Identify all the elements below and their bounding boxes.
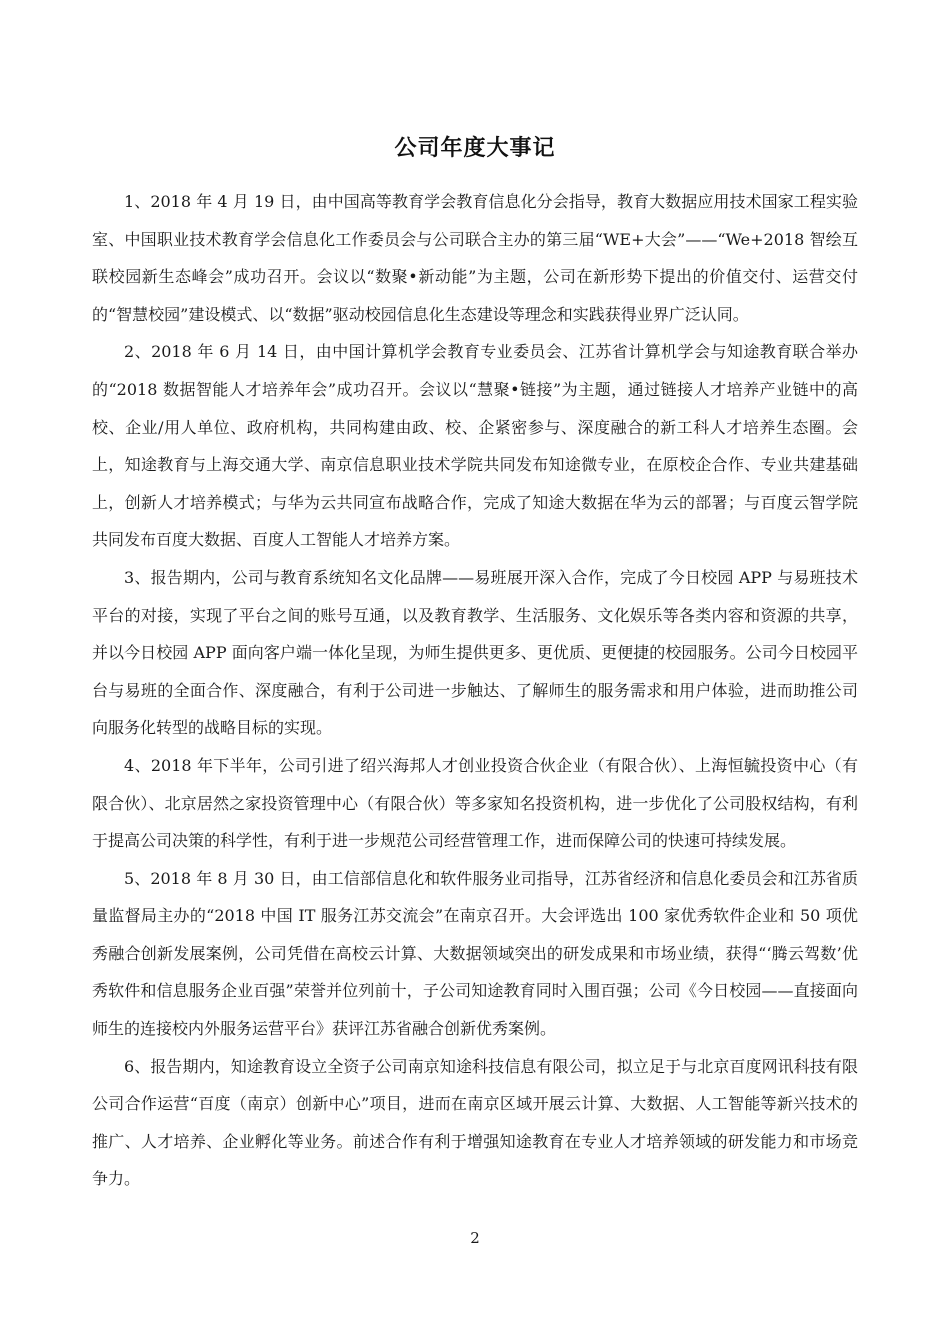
body-paragraph-5: 5、2018 年 8 月 30 日，由工信部信息化和软件服务业司指导，江苏省经济… bbox=[92, 860, 858, 1048]
page-title: 公司年度大事记 bbox=[0, 0, 950, 162]
body-paragraph-6: 6、报告期内，知途教育设立全资子公司南京知途科技信息有限公司，拟立足于与北京百度… bbox=[92, 1048, 858, 1198]
body-paragraph-3: 3、报告期内，公司与教育系统知名文化品牌——易班展开深入合作，完成了今日校园 A… bbox=[92, 559, 858, 747]
document-page: 公司年度大事记 1、2018 年 4 月 19 日，由中国高等教育学会教育信息化… bbox=[0, 0, 950, 1344]
document-body: 1、2018 年 4 月 19 日，由中国高等教育学会教育信息化分会指导，教育大… bbox=[92, 183, 858, 1198]
page-number: 2 bbox=[0, 1228, 950, 1248]
body-paragraph-1: 1、2018 年 4 月 19 日，由中国高等教育学会教育信息化分会指导，教育大… bbox=[92, 183, 858, 333]
body-paragraph-4: 4、2018 年下半年，公司引进了绍兴海邦人才创业投资合伙企业（有限合伙）、上海… bbox=[92, 747, 858, 860]
body-paragraph-2: 2、2018 年 6 月 14 日，由中国计算机学会教育专业委员会、江苏省计算机… bbox=[92, 333, 858, 559]
